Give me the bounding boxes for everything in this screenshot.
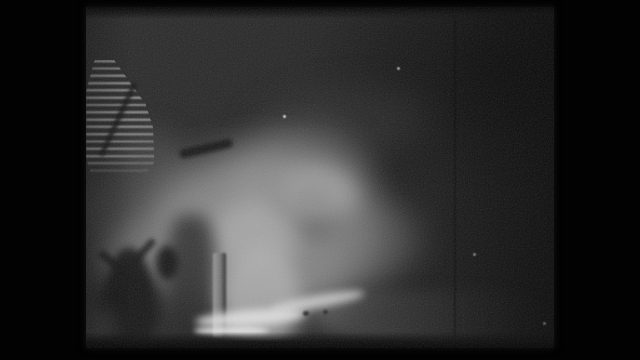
film-frame: [86, 7, 554, 348]
film-grain-overlay: [86, 7, 554, 348]
black-border: [0, 0, 640, 360]
